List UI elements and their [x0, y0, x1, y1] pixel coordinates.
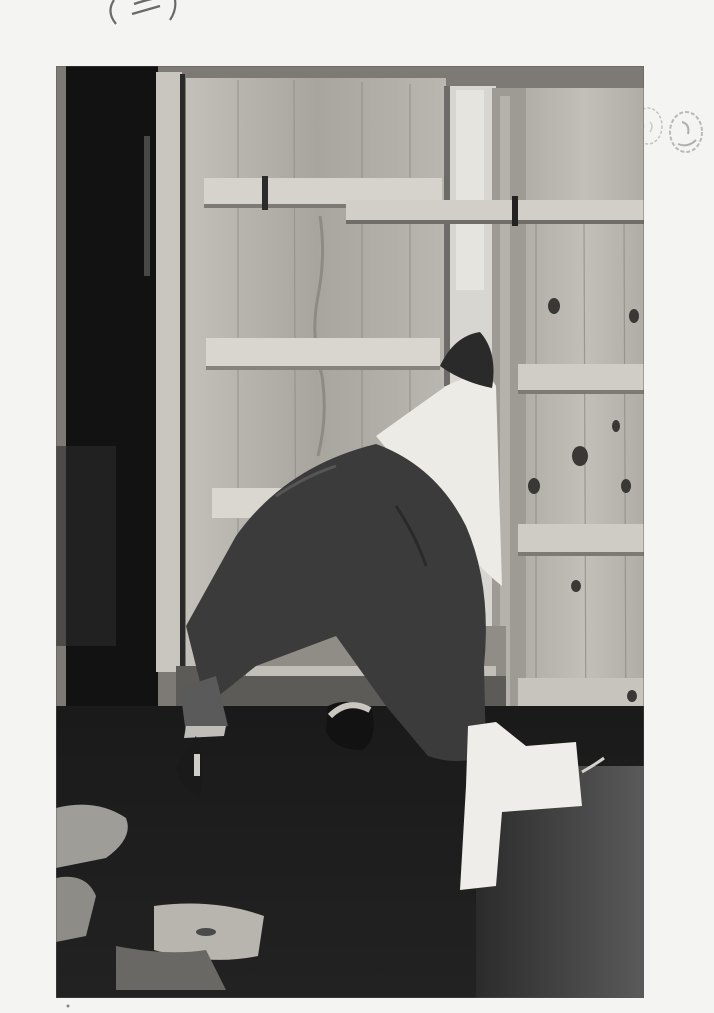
handwritten-mark-icon	[104, 0, 184, 32]
photograph	[56, 66, 644, 998]
scan-speck-icon	[64, 1000, 74, 1010]
